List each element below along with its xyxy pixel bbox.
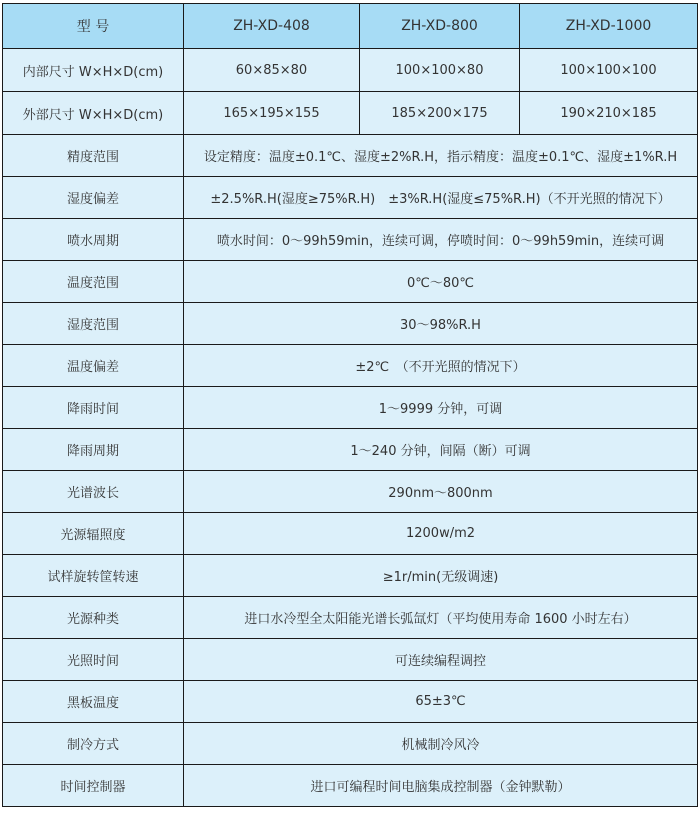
- row-label: 黑板温度: [3, 681, 184, 723]
- model-column-800: ZH-XD-800: [360, 4, 520, 49]
- row-label: 光源辐照度: [3, 513, 184, 555]
- table-row: 喷水周期 喷水时间：0～99h59min，连续可调，停喷时间：0～99h59mi…: [3, 219, 698, 261]
- cell-value: 290nm～800nm: [184, 471, 698, 513]
- row-label: 温度偏差: [3, 345, 184, 387]
- cell-value: 1～9999 分钟，可调: [184, 387, 698, 429]
- table-row: 降雨周期 1～240 分钟，间隔（断）可调: [3, 429, 698, 471]
- cell-value: ±2℃ （不开光照的情况下）: [184, 345, 698, 387]
- row-label: 制冷方式: [3, 723, 184, 765]
- row-label: 光谱波长: [3, 471, 184, 513]
- table-row: 温度范围 0℃～80℃: [3, 261, 698, 303]
- table-row: 试样旋转筐转速 ≥1r/min(无级调速): [3, 555, 698, 597]
- spec-table: 型 号 ZH-XD-408 ZH-XD-800 ZH-XD-1000 内部尺寸 …: [2, 3, 698, 807]
- cell-value: 进口水冷型全太阳能光谱长弧氙灯（平均使用寿命 1600 小时左右）: [184, 597, 698, 639]
- cell-value: 65±3℃: [184, 681, 698, 723]
- model-column-1000: ZH-XD-1000: [520, 4, 698, 49]
- model-column-408: ZH-XD-408: [184, 4, 360, 49]
- cell-value: 喷水时间：0～99h59min，连续可调，停喷时间：0～99h59min，连续可…: [184, 219, 698, 261]
- cell-value: 100×100×100: [520, 49, 698, 92]
- row-label: 外部尺寸 W×H×D(cm): [3, 92, 184, 135]
- row-label: 精度范围: [3, 135, 184, 177]
- row-label: 温度范围: [3, 261, 184, 303]
- table-row: 制冷方式 机械制冷风冷: [3, 723, 698, 765]
- cell-value: 可连续编程调控: [184, 639, 698, 681]
- table-row: 光谱波长 290nm～800nm: [3, 471, 698, 513]
- table-row-outer-size: 外部尺寸 W×H×D(cm) 165×195×155 185×200×175 1…: [3, 92, 698, 135]
- row-label: 光照时间: [3, 639, 184, 681]
- row-label: 光源种类: [3, 597, 184, 639]
- cell-value: 0℃～80℃: [184, 261, 698, 303]
- row-label: 试样旋转筐转速: [3, 555, 184, 597]
- cell-value: 190×210×185: [520, 92, 698, 135]
- cell-value: 30～98%R.H: [184, 303, 698, 345]
- cell-value: 185×200×175: [360, 92, 520, 135]
- table-row: 降雨时间 1～9999 分钟，可调: [3, 387, 698, 429]
- table-row: 湿度范围 30～98%R.H: [3, 303, 698, 345]
- row-label: 降雨周期: [3, 429, 184, 471]
- cell-value: 设定精度：温度±0.1℃、湿度±2%R.H，指示精度：温度±0.1℃、湿度±1%…: [184, 135, 698, 177]
- cell-value: 165×195×155: [184, 92, 360, 135]
- row-label: 湿度偏差: [3, 177, 184, 219]
- row-label: 时间控制器: [3, 765, 184, 807]
- cell-value: 60×85×80: [184, 49, 360, 92]
- cell-value: 1200w/m2: [184, 513, 698, 555]
- row-label: 内部尺寸 W×H×D(cm): [3, 49, 184, 92]
- row-label: 喷水周期: [3, 219, 184, 261]
- table-row: 湿度偏差 ±2.5%R.H(湿度≥75%R.H) ±3%R.H(湿度≤75%R.…: [3, 177, 698, 219]
- table-row: 黑板温度 65±3℃: [3, 681, 698, 723]
- table-row: 时间控制器 进口可编程时间电脑集成控制器（金钟默勒）: [3, 765, 698, 807]
- row-label: 降雨时间: [3, 387, 184, 429]
- table-row: 温度偏差 ±2℃ （不开光照的情况下）: [3, 345, 698, 387]
- cell-value: ±2.5%R.H(湿度≥75%R.H) ±3%R.H(湿度≤75%R.H)（不开…: [184, 177, 698, 219]
- table-row-inner-size: 内部尺寸 W×H×D(cm) 60×85×80 100×100×80 100×1…: [3, 49, 698, 92]
- cell-value: 进口可编程时间电脑集成控制器（金钟默勒）: [184, 765, 698, 807]
- cell-value: 机械制冷风冷: [184, 723, 698, 765]
- cell-value: ≥1r/min(无级调速): [184, 555, 698, 597]
- row-label: 湿度范围: [3, 303, 184, 345]
- model-header-label: 型 号: [3, 4, 184, 49]
- table-row: 光源种类 进口水冷型全太阳能光谱长弧氙灯（平均使用寿命 1600 小时左右）: [3, 597, 698, 639]
- cell-value: 100×100×80: [360, 49, 520, 92]
- table-row: 精度范围 设定精度：温度±0.1℃、湿度±2%R.H，指示精度：温度±0.1℃、…: [3, 135, 698, 177]
- table-row: 光照时间 可连续编程调控: [3, 639, 698, 681]
- header-row: 型 号 ZH-XD-408 ZH-XD-800 ZH-XD-1000: [3, 4, 698, 49]
- table-row: 光源辐照度 1200w/m2: [3, 513, 698, 555]
- cell-value: 1～240 分钟，间隔（断）可调: [184, 429, 698, 471]
